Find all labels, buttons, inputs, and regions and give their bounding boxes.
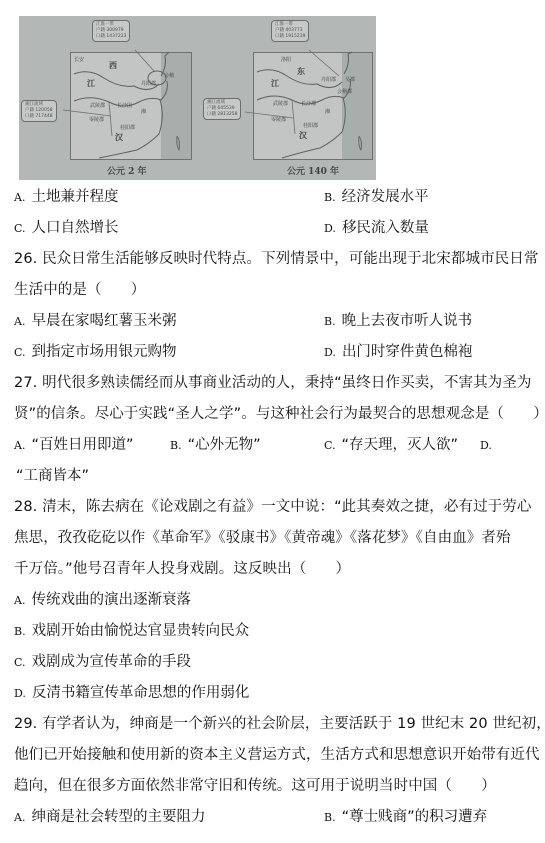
label-changsha: 长沙国 [117, 102, 132, 109]
q27-stem-line2: 贤”的信条。尽心于实践“圣人之学”。与这种社会行为最契合的思想观念是（ ） [14, 406, 545, 423]
label-lingling: 零陵郡 [271, 116, 286, 123]
label-wu: 吴郡 [345, 76, 355, 83]
label-east: 东 [297, 66, 305, 77]
q27-option-d-text[interactable]: “工商皆本” [16, 468, 89, 485]
label-west: 西 [109, 60, 117, 71]
label-capital: 洛阳 [281, 56, 291, 63]
q26-stem-line1: 26. 民众日常生活能够反映时代特点。下列情景中，可能出现于北宋都城市民日常 [14, 251, 538, 268]
label-changsha: 长沙郡 [301, 100, 316, 107]
label-han: 汉 [115, 132, 123, 143]
label-kuaiji: 会稽 [164, 72, 174, 79]
label-xiang: 湘 [141, 108, 146, 115]
q28-option-c[interactable]: C.戏剧成为宣传革命的手段 [14, 654, 191, 671]
map-ad2: 江淮一带 户籍 300979 口籍 1437223 湘江流域 户籍 120058… [19, 16, 197, 180]
q29-stem-line1: 29. 有学者认为，绅商是一个新兴的社会阶层，主要活跃于 19 世纪末 20 世… [14, 716, 545, 733]
q27-option-a[interactable]: A.“百姓日用即道” [14, 437, 133, 454]
q27-option-b[interactable]: B.“心外无物” [170, 437, 261, 454]
q27-stem-line1: 27. 明代很多熟读儒经而从事商业活动的人，秉持“虽终日作买卖，不害其为圣为 [14, 375, 531, 392]
label-guiyang: 桂阳郡 [120, 124, 135, 131]
label-guiyang: 桂阳郡 [303, 122, 318, 129]
q28-stem-line3: 千万倍。”他号召青年人投身戏剧。这反映出（ ） [14, 561, 350, 578]
q29-option-b[interactable]: B.“尊士贱商”的积习遭弃 [324, 809, 487, 826]
label-lingling: 零陵郡 [89, 116, 104, 123]
q29-stem-line3: 趋向，但在很多方面依然非常守旧和传统。这可用于说明当时中国（ ） [14, 778, 496, 795]
q29-stem-line2: 他们已开始接触和使用新的资本主义营运方式，生活方式和思想意识开始带有近代 [14, 747, 540, 764]
q25-option-d[interactable]: D.移民流入数量 [324, 220, 429, 237]
label-wuling: 武陵郡 [90, 102, 105, 109]
population-maps-photo: 江淮一带 户籍 300979 口籍 1437223 湘江流域 户籍 120058… [19, 16, 376, 180]
label-jiang: 江 [271, 78, 279, 89]
label-wuling: 武陵郡 [273, 100, 288, 107]
q27-option-d[interactable]: D. [480, 437, 498, 454]
label-jiang: 江 [87, 78, 95, 89]
label-han: 汉 [299, 130, 307, 141]
callout-xiangjiang: 湘江流域 户籍 120058 口籍 717448 [21, 100, 57, 122]
q28-stem-line1: 28. 清末，陈去病在《论戏剧之有益》一文中说：“此其奏效之捷，必有过于劳心 [14, 499, 531, 516]
label-danyang: 丹阳郡 [321, 76, 336, 83]
q28-option-b[interactable]: B.戏剧开始由愉悦达官显贵转向民众 [14, 623, 249, 640]
label-xiang: 湘 [325, 108, 330, 115]
map-caption: 公元 140 年 [287, 164, 339, 177]
q26-option-d[interactable]: D.出门时穿件黄色棉袍 [324, 344, 472, 361]
q25-option-a[interactable]: A.土地兼并程度 [14, 189, 118, 206]
label-capital: 长安 [74, 56, 84, 63]
map-ad140: 江淮一带 户籍 403773 口籍 1915239 湘江流域 户籍 645539… [197, 16, 376, 180]
q29-option-a[interactable]: A.绅商是社会转型的主要阻力 [14, 809, 205, 826]
q25-option-b[interactable]: B.经济发展水平 [324, 189, 429, 206]
callout-xiangjiang: 湘江流域 户籍 645539 口籍 2813258 [203, 98, 241, 120]
q26-option-c[interactable]: C.到指定市场用银元购物 [14, 344, 177, 361]
q27-option-c[interactable]: C.“存天理，灭人欲” [324, 437, 458, 454]
q28-option-d[interactable]: D.反清书籍宣传革命思想的作用弱化 [14, 685, 249, 702]
q28-option-a[interactable]: A.传统戏曲的演出逐渐衰落 [14, 592, 191, 609]
q26-option-b[interactable]: B.晚上去夜市听人说书 [324, 313, 472, 330]
map-caption: 公元 2 年 [107, 164, 147, 177]
q26-stem-line2: 生活中的是（ ） [14, 282, 145, 299]
q28-stem-line2: 焦思，孜孜矻矻以作《革命军》《驳康书》《黄帝魂》《落花梦》《自由血》者殆 [14, 530, 511, 547]
callout-jianghuai: 江淮一带 户籍 403773 口籍 1915239 [271, 20, 309, 42]
callout-jianghuai: 江淮一带 户籍 300979 口籍 1437223 [92, 20, 130, 42]
q25-option-c[interactable]: C.人口自然增长 [14, 220, 119, 237]
q26-option-a[interactable]: A.早晨在家喝红薯玉米粥 [14, 313, 176, 330]
label-danyang: 丹阳郡 [141, 80, 156, 87]
label-kuaiji: 会稽郡 [337, 88, 352, 95]
